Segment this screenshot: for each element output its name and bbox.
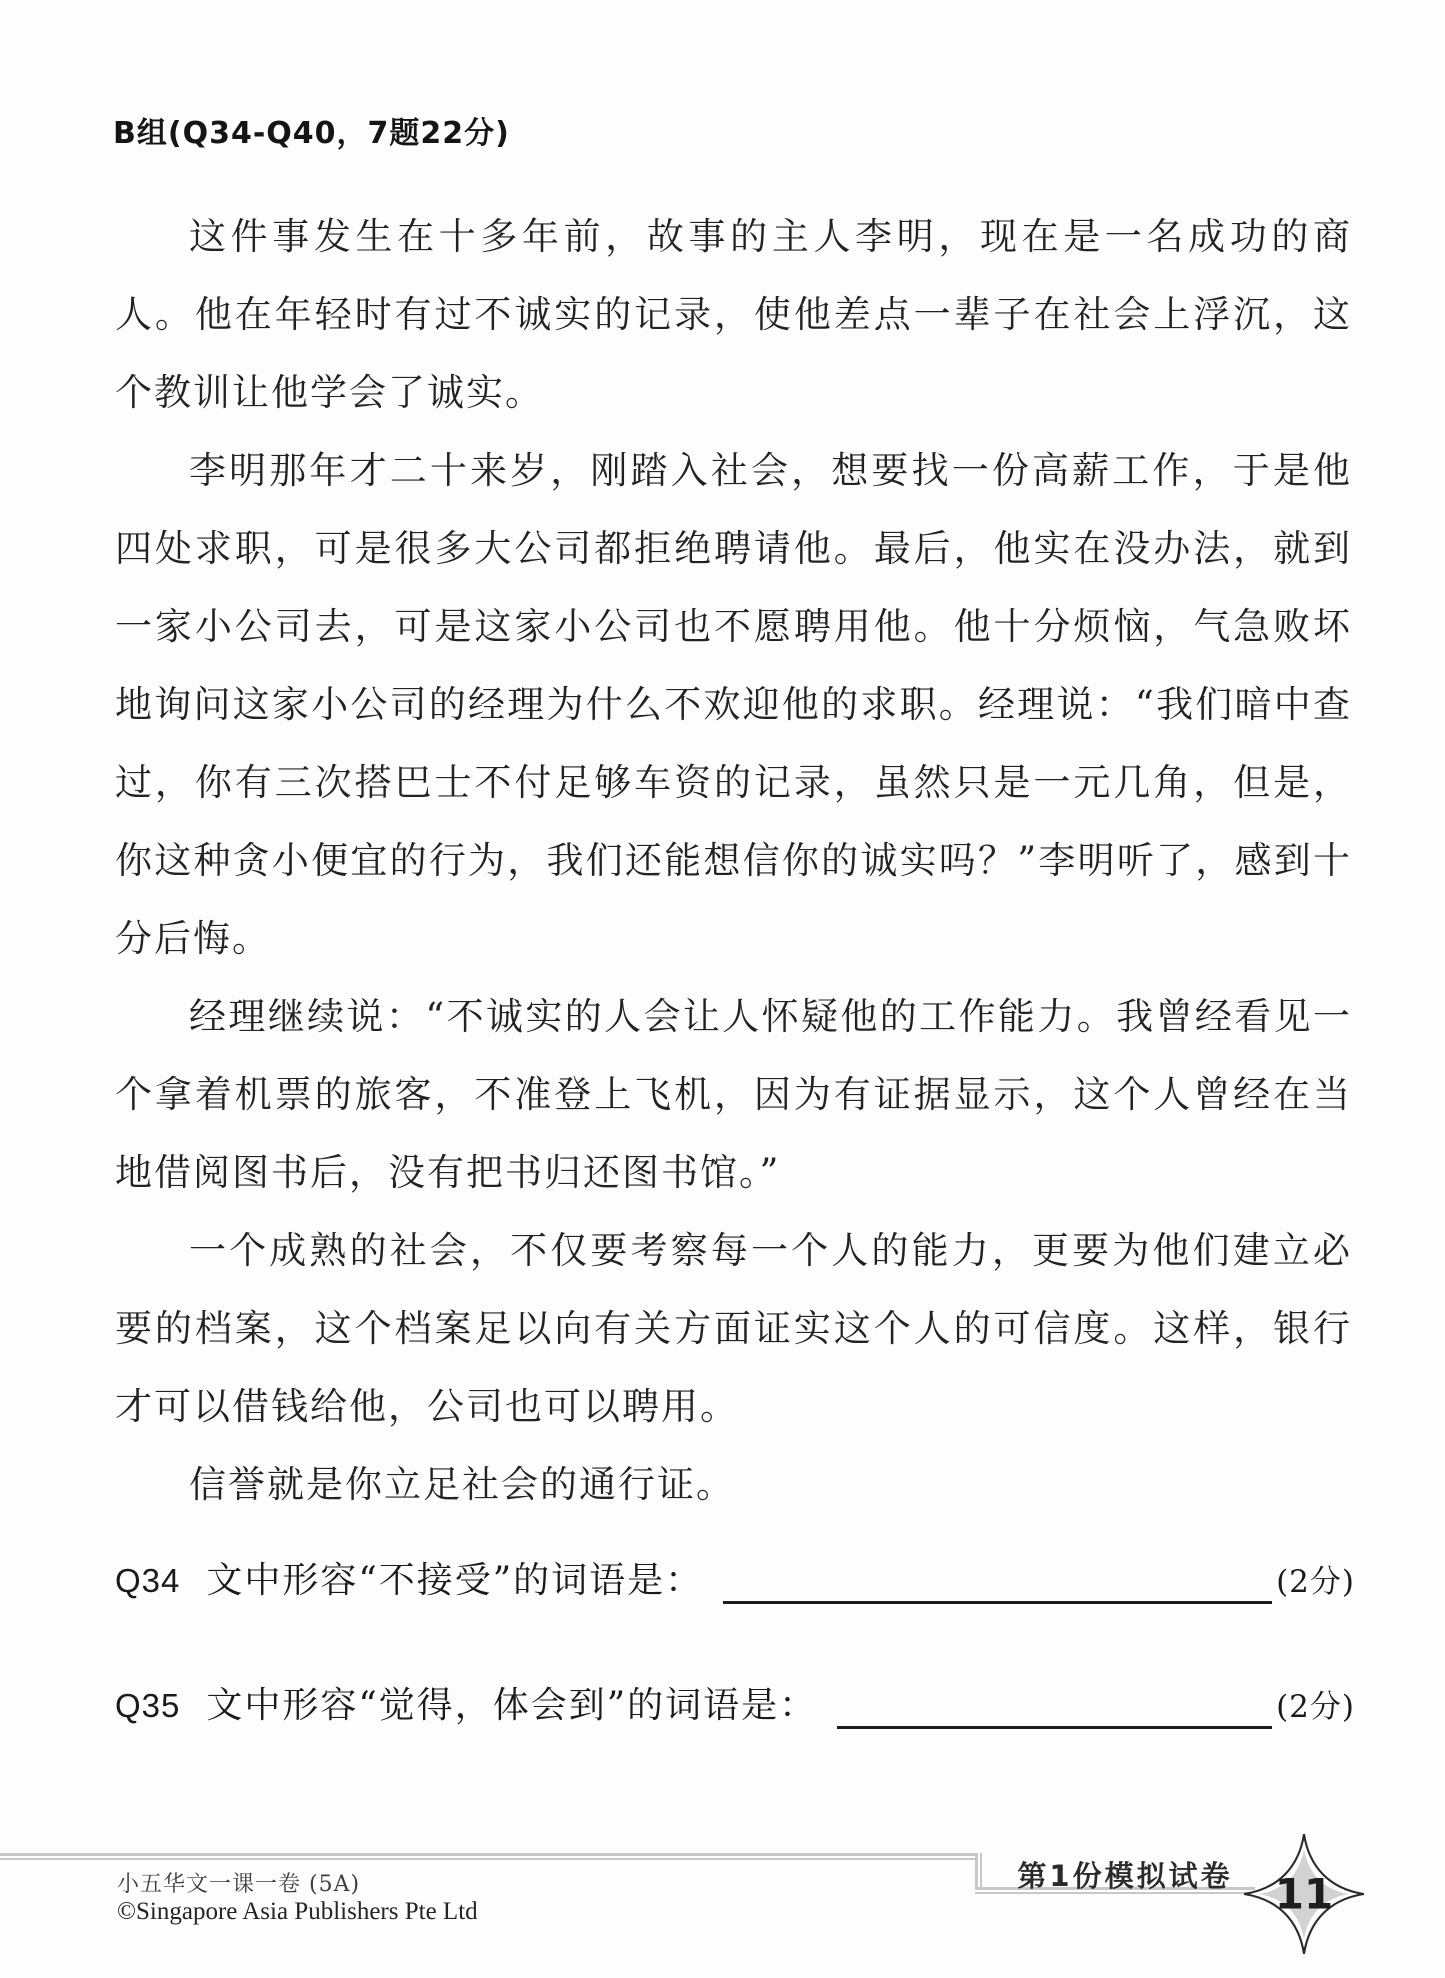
passage-paragraph-3: 经理继续说：“不诚实的人会让人怀疑他的工作能力。我曾经看见一个拿着机票的旅客，不… xyxy=(115,978,1352,1212)
question-q34: Q34 文中形容“不接受”的词语是： (2分) xyxy=(115,1553,1355,1610)
question-number: Q35 xyxy=(115,1678,180,1734)
footer-section-label: 第1份模拟试卷 xyxy=(1002,1854,1248,1895)
reading-passage: 这件事发生在十多年前，故事的主人李明，现在是一名成功的商人。他在年轻时有过不诚实… xyxy=(115,198,1352,1524)
footer-rule-main xyxy=(0,1853,975,1860)
question-number: Q34 xyxy=(115,1553,180,1609)
answer-blank[interactable] xyxy=(837,1680,1272,1729)
question-text: 文中形容“不接受”的词语是： xyxy=(206,1553,703,1609)
section-header: B组(Q34-Q40，7题22分) xyxy=(113,108,510,152)
passage-paragraph-4: 一个成熟的社会，不仅要考察每一个人的能力，更要为他们建立必要的档案，这个档案足以… xyxy=(115,1212,1352,1446)
footer-rule-corner xyxy=(975,1853,982,1891)
marks-label: (2分) xyxy=(1276,1679,1355,1735)
marks-label: (2分) xyxy=(1276,1554,1355,1610)
exam-page: { "colors": { "ink": "#1c1c1c", "rule_gr… xyxy=(0,0,1445,1978)
page-number-badge: 11 xyxy=(1241,1831,1367,1957)
page: B组(Q34-Q40，7题22分) 这件事发生在十多年前，故事的主人李明，现在是… xyxy=(0,0,1445,1978)
footer-book-title: 小五华文一课一卷 (5A) xyxy=(117,1867,360,1898)
answer-blank[interactable] xyxy=(723,1555,1272,1604)
passage-paragraph-2: 李明那年才二十来岁，刚踏入社会，想要找一份高薪工作，于是他四处求职，可是很多大公… xyxy=(115,432,1352,978)
question-q35: Q35 文中形容“觉得，体会到”的词语是： (2分) xyxy=(115,1678,1355,1735)
question-text: 文中形容“觉得，体会到”的词语是： xyxy=(206,1678,817,1734)
passage-paragraph-5: 信誉就是你立足社会的通行证。 xyxy=(115,1446,1352,1524)
footer-copyright: ©Singapore Asia Publishers Pte Ltd xyxy=(117,1898,478,1926)
passage-paragraph-1: 这件事发生在十多年前，故事的主人李明，现在是一名成功的商人。他在年轻时有过不诚实… xyxy=(115,198,1352,432)
page-number: 11 xyxy=(1275,1870,1333,1919)
